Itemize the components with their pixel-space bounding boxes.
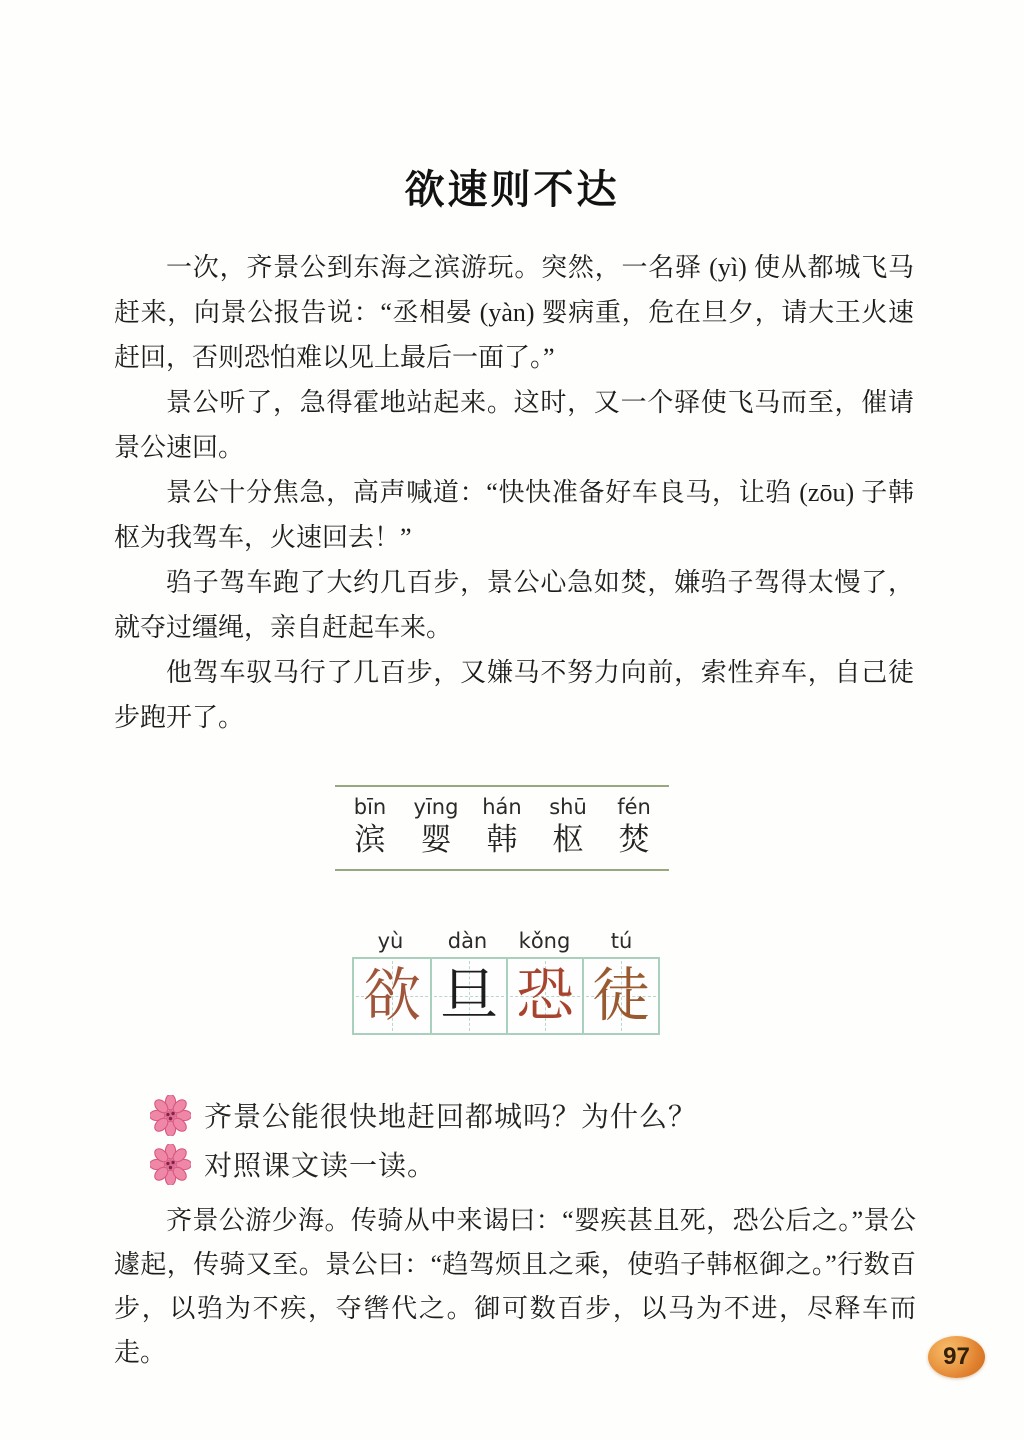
question-text: 对照课文读一读。 <box>204 1144 436 1184</box>
new-word-char: 枢 <box>539 820 597 860</box>
new-word-item: shū 枢 <box>539 794 597 860</box>
story-paragraph: 一次，齐景公到东海之滨游玩。突然，一名驿 (yì) 使从都城飞马赶来，向景公报告… <box>114 245 914 380</box>
practice-pinyin: kǒng <box>506 928 583 954</box>
story-paragraph: 景公听了，急得霍地站起来。这时，又一个驿使飞马而至，催请景公速回。 <box>114 380 914 470</box>
new-word-pinyin: fén <box>605 794 663 820</box>
new-word-item: bīn 滨 <box>341 794 399 860</box>
textbook-page: 欲速则不达 一次，齐景公到东海之滨游玩。突然，一名驿 (yì) 使从都城飞马赶来… <box>0 0 1024 1439</box>
lesson-title: 欲速则不达 <box>0 158 1024 215</box>
character-grid: 欲 旦 恐 徒 <box>352 957 660 1035</box>
practice-pinyin-row: yù dàn kǒng tú <box>352 928 660 954</box>
new-word-char: 韩 <box>473 820 531 860</box>
classical-text: 齐景公游少海。传骑从中来谒曰：“婴疾甚且死，恐公后之。”景公遽起，传骑又至。景公… <box>114 1199 916 1375</box>
story-paragraph: 景公十分焦急，高声喊道：“快快准备好车良马，让驺 (zōu) 子韩枢为我驾车，火… <box>114 470 914 560</box>
practice-pinyin: yù <box>352 928 429 954</box>
new-word-item: hán 韩 <box>473 794 531 860</box>
new-words-box: bīn 滨 yīng 婴 hán 韩 shū 枢 fén 焚 <box>335 785 669 871</box>
practice-char: 徒 <box>592 967 650 1025</box>
grid-cell: 欲 <box>354 959 430 1033</box>
new-word-char: 婴 <box>407 820 465 860</box>
grid-cell: 恐 <box>506 959 582 1033</box>
new-words-row: bīn 滨 yīng 婴 hán 韩 shū 枢 fén 焚 <box>341 794 663 860</box>
question-text: 齐景公能很快地赶回都城吗？为什么？ <box>204 1095 697 1135</box>
new-word-pinyin: bīn <box>341 794 399 820</box>
practice-pinyin: tú <box>583 928 660 954</box>
new-word-char: 焚 <box>605 820 663 860</box>
page-number-badge: 97 <box>928 1336 985 1378</box>
question-row: 对照课文读一读。 <box>150 1142 890 1186</box>
grid-cell: 徒 <box>582 959 658 1033</box>
new-word-item: yīng 婴 <box>407 794 465 860</box>
story-paragraph: 驺子驾车跑了大约几百步，景公心急如焚，嫌驺子驾得太慢了，就夺过缰绳，亲自赶起车来… <box>114 560 914 650</box>
page-number: 97 <box>943 1343 970 1371</box>
new-word-item: fén 焚 <box>605 794 663 860</box>
new-word-pinyin: yīng <box>407 794 465 820</box>
new-word-pinyin: hán <box>473 794 531 820</box>
practice-char: 恐 <box>516 967 574 1025</box>
practice-pinyin: dàn <box>429 928 506 954</box>
flower-bullet-icon <box>150 1144 191 1185</box>
grid-cell: 旦 <box>430 959 506 1033</box>
question-row: 齐景公能很快地赶回都城吗？为什么？ <box>150 1093 890 1137</box>
practice-char: 欲 <box>363 967 421 1025</box>
new-word-char: 滨 <box>341 820 399 860</box>
story-text: 一次，齐景公到东海之滨游玩。突然，一名驿 (yì) 使从都城飞马赶来，向景公报告… <box>114 245 914 740</box>
flower-bullet-icon <box>150 1095 191 1136</box>
writing-practice: yù dàn kǒng tú 欲 旦 恐 徒 <box>352 928 660 1035</box>
classical-paragraph: 齐景公游少海。传骑从中来谒曰：“婴疾甚且死，恐公后之。”景公遽起，传骑又至。景公… <box>114 1199 916 1375</box>
exercise-questions: 齐景公能很快地赶回都城吗？为什么？ 对照课文读一读。 <box>150 1093 890 1191</box>
practice-char: 旦 <box>440 967 498 1025</box>
new-word-pinyin: shū <box>539 794 597 820</box>
story-paragraph: 他驾车驭马行了几百步，又嫌马不努力向前，索性弃车，自己徒步跑开了。 <box>114 650 914 740</box>
